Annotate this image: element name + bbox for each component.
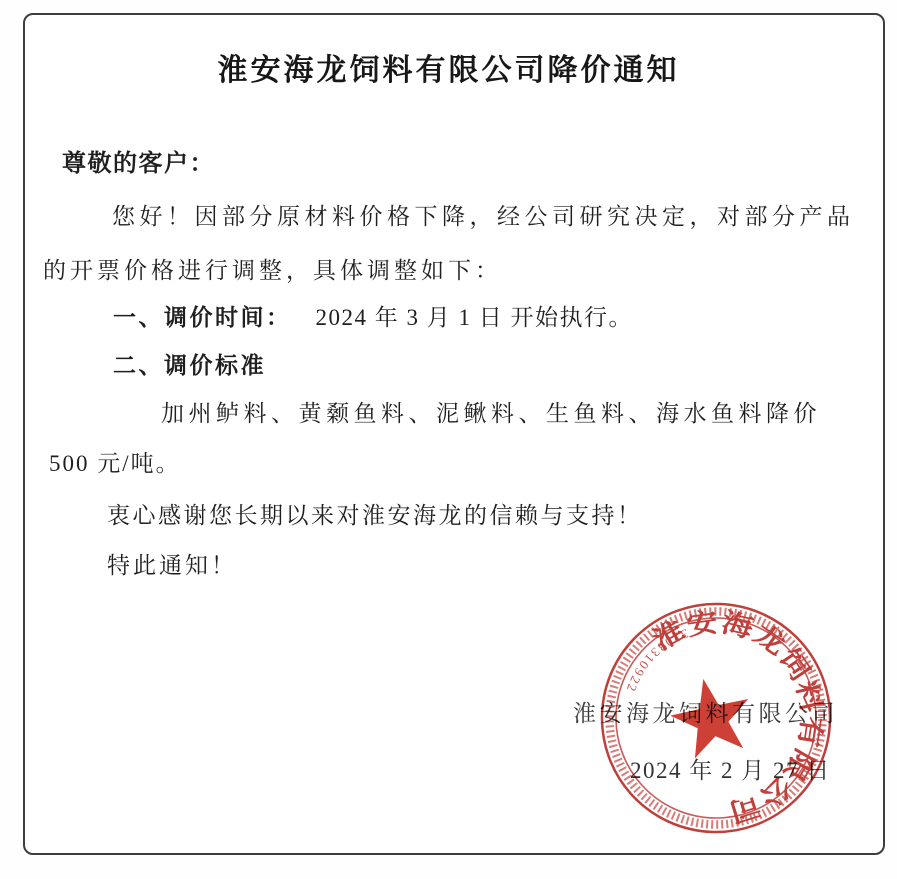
thanks-line: 衷心感谢您长期以来对淮安海龙的信赖与支持！ xyxy=(107,502,643,531)
scanned-notice-page: 淮安海龙饲料有限公司降价通知 尊敬的客户： 您好！因部分原材料价格下降，经公司研… xyxy=(0,0,897,879)
company-seal: 淮安海龙饲料有限公司 3208310922 xyxy=(591,593,841,843)
item-2-products-line: 加州鲈料、黄颡鱼料、泥鳅料、生鱼料、海水鱼料降价 xyxy=(161,400,821,429)
item-2-amount-line: 500 元/吨。 xyxy=(49,450,181,479)
closing-line: 特此通知！ xyxy=(107,552,237,581)
seal-ring-text-arc: 淮安海龙饲料有限公司 xyxy=(646,593,841,834)
salutation: 尊敬的客户： xyxy=(62,149,215,179)
item-1-price-adjust-time: 一、调价时间：2024 年 3 月 1 日 开始执行。 xyxy=(113,304,633,333)
seal-star-icon xyxy=(664,671,758,762)
seal-ring-text: 淮安海龙饲料有限公司 xyxy=(646,593,841,834)
body-paragraph-line-1: 您好！因部分原材料价格下降，经公司研究决定，对部分产品 xyxy=(112,203,855,232)
page-title: 淮安海龙饲料有限公司降价通知 xyxy=(0,52,897,90)
body-paragraph-line-2: 的开票价格进行调整，具体调整如下： xyxy=(43,257,502,286)
item-1-label: 一、调价时间： xyxy=(113,305,292,330)
item-1-text: 2024 年 3 月 1 日 开始执行。 xyxy=(316,305,634,330)
item-2-label: 二、调价标准 xyxy=(113,352,266,381)
